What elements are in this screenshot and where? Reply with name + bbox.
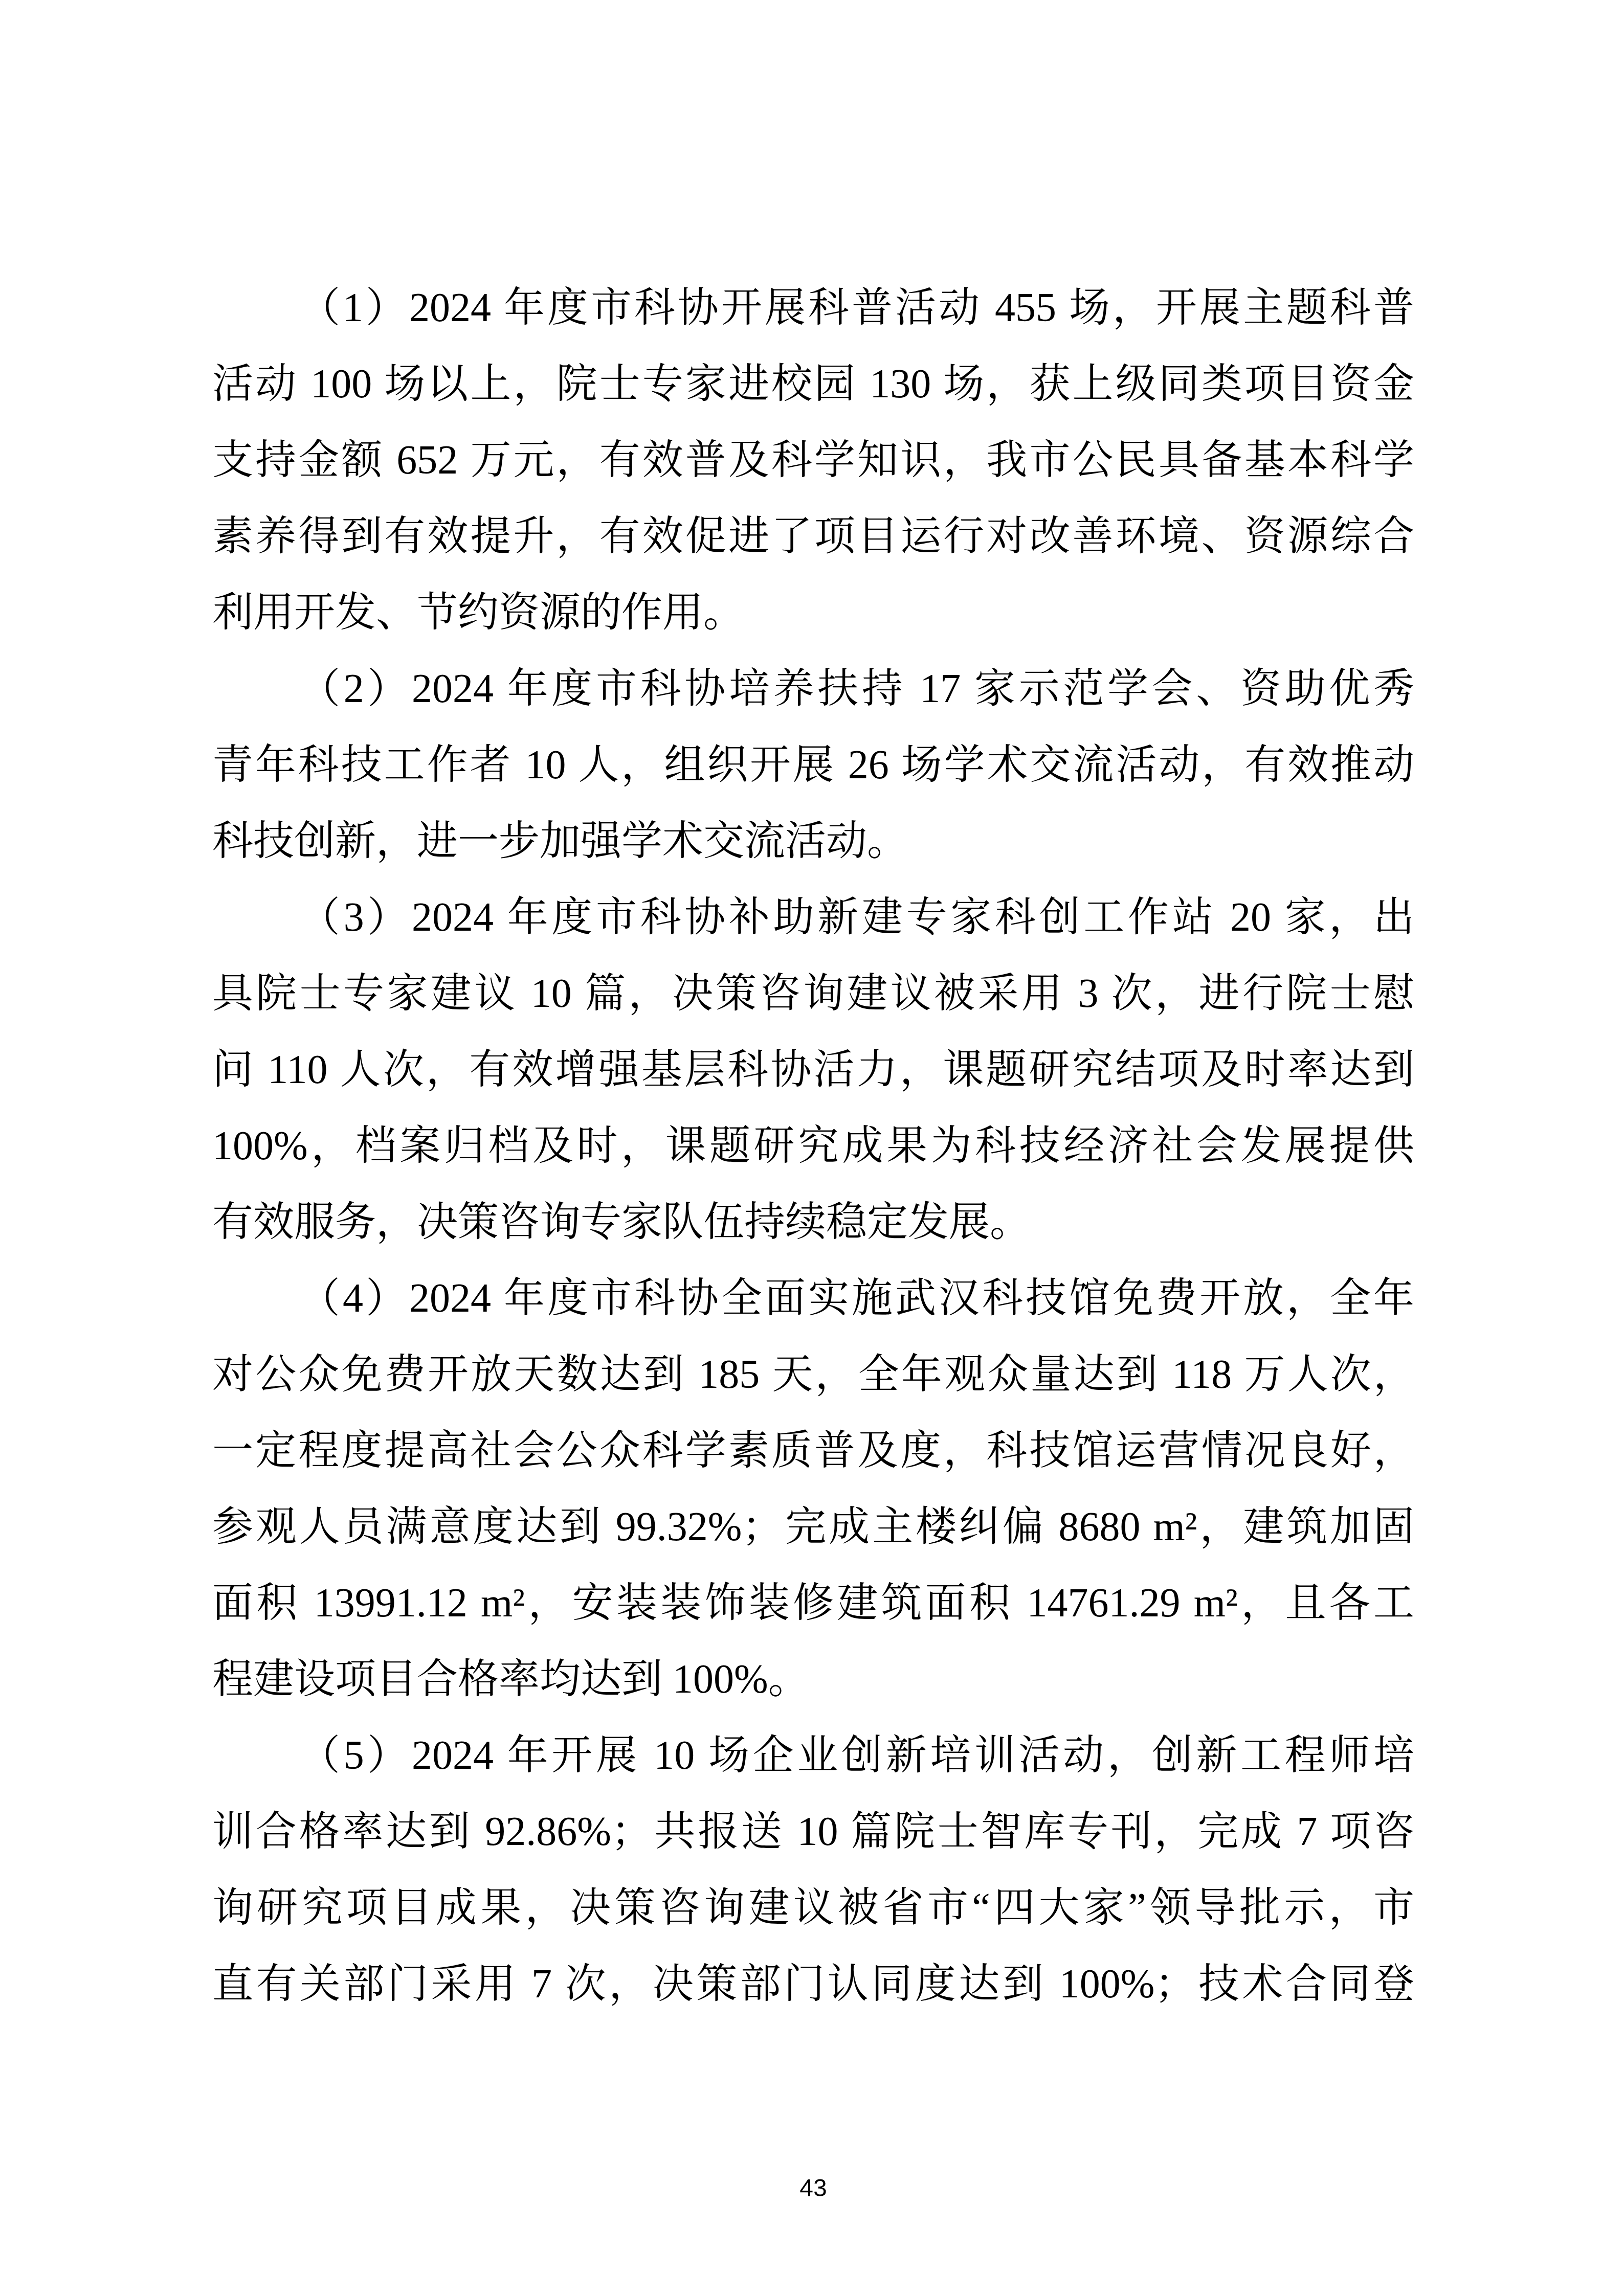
text-line: 训合格率达到 92.86%；共报送 10 篇院士智库专刊，完成 7 项咨 [212,1794,1414,1870]
paragraph-4: （4）2024 年度市科协全面实施武汉科技馆免费开放，全年 对公众免费开放天数达… [212,1260,1414,1718]
text-line: 一定程度提高社会公众科学素质普及度，科技馆运营情况良好， [212,1413,1414,1489]
text-line: 支持金额 652 万元，有效普及科学知识，我市公民具备基本科学 [212,422,1414,499]
page: （1）2024 年度市科协开展科普活动 455 场，开展主题科普 活动 100 … [0,0,1624,2296]
text-line: 100%，档案归档及时，课题研究成果为科技经济社会发展提供 [212,1108,1414,1184]
paragraph-5: （5）2024 年开展 10 场企业创新培训活动，创新工程师培 训合格率达到 9… [212,1718,1414,2022]
text-line: 具院士专家建议 10 篇，决策咨询建议被采用 3 次，进行院士慰 [212,956,1414,1032]
text-line: 青年科技工作者 10 人，组织开展 26 场学术交流活动，有效推动 [212,727,1414,803]
paragraph-3: （3）2024 年度市科协补助新建专家科创工作站 20 家，出 具院士专家建议 … [212,880,1414,1260]
text-line: （4）2024 年度市科协全面实施武汉科技馆免费开放，全年 [212,1260,1414,1337]
text-line: 直有关部门采用 7 次，决策部门认同度达到 100%；技术合同登 [212,1946,1414,2022]
text-line: 程建设项目合格率均达到 100%。 [212,1641,1414,1718]
text-line: 有效服务，决策咨询专家队伍持续稳定发展。 [212,1184,1414,1260]
document-body: （1）2024 年度市科协开展科普活动 455 场，开展主题科普 活动 100 … [212,270,1414,2022]
page-number: 43 [799,2175,827,2202]
paragraph-1: （1）2024 年度市科协开展科普活动 455 场，开展主题科普 活动 100 … [212,270,1414,651]
text-line: 对公众免费开放天数达到 185 天，全年观众量达到 118 万人次， [212,1337,1414,1413]
text-line: 问 110 人次，有效增强基层科协活力，课题研究结项及时率达到 [212,1032,1414,1108]
text-line: 活动 100 场以上，院士专家进校园 130 场，获上级同类项目资金 [212,346,1414,422]
text-line: 利用开发、节约资源的作用。 [212,575,1414,651]
text-line: （1）2024 年度市科协开展科普活动 455 场，开展主题科普 [212,270,1414,346]
paragraph-2: （2）2024 年度市科协培养扶持 17 家示范学会、资助优秀 青年科技工作者 … [212,651,1414,880]
text-line: 参观人员满意度达到 99.32%；完成主楼纠偏 8680 m²，建筑加固 [212,1489,1414,1565]
text-line: （3）2024 年度市科协补助新建专家科创工作站 20 家，出 [212,880,1414,956]
page-footer: 43 [212,2176,1414,2201]
text-line: 面积 13991.12 m²，安装装饰装修建筑面积 14761.29 m²，且各… [212,1565,1414,1641]
text-line: （2）2024 年度市科协培养扶持 17 家示范学会、资助优秀 [212,651,1414,727]
text-line: 素养得到有效提升，有效促进了项目运行对改善环境、资源综合 [212,499,1414,575]
text-line: （5）2024 年开展 10 场企业创新培训活动，创新工程师培 [212,1718,1414,1794]
text-line: 科技创新，进一步加强学术交流活动。 [212,803,1414,880]
text-line: 询研究项目成果，决策咨询建议被省市“四大家”领导批示，市 [212,1870,1414,1946]
